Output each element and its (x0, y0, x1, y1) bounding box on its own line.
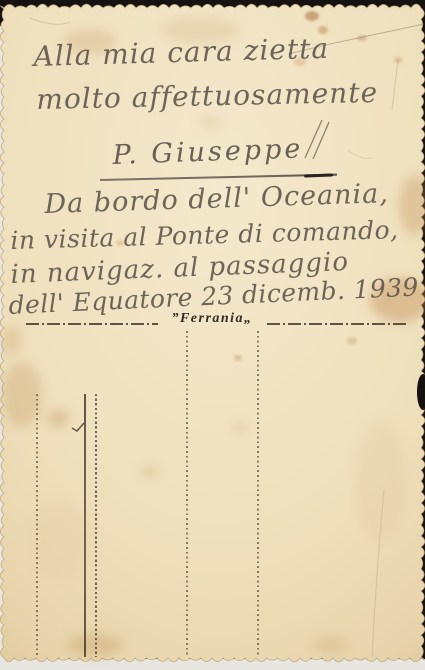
printed-divider-line-right (267, 323, 407, 325)
ruled-dotted-line-center-left (186, 331, 188, 655)
printed-divider-line-left (26, 323, 158, 325)
ruled-dotted-line-center-right (257, 331, 259, 655)
ruled-dotted-line-left-inner (95, 394, 97, 657)
ruled-dotted-line-left-outer (36, 394, 38, 656)
scanned-postcard-back: { "document": { "kind": "handwritten pos… (0, 0, 425, 670)
ruled-solid-line-left (84, 394, 86, 657)
ferrania-brand-mark: ”Ferrania„ (156, 311, 268, 327)
